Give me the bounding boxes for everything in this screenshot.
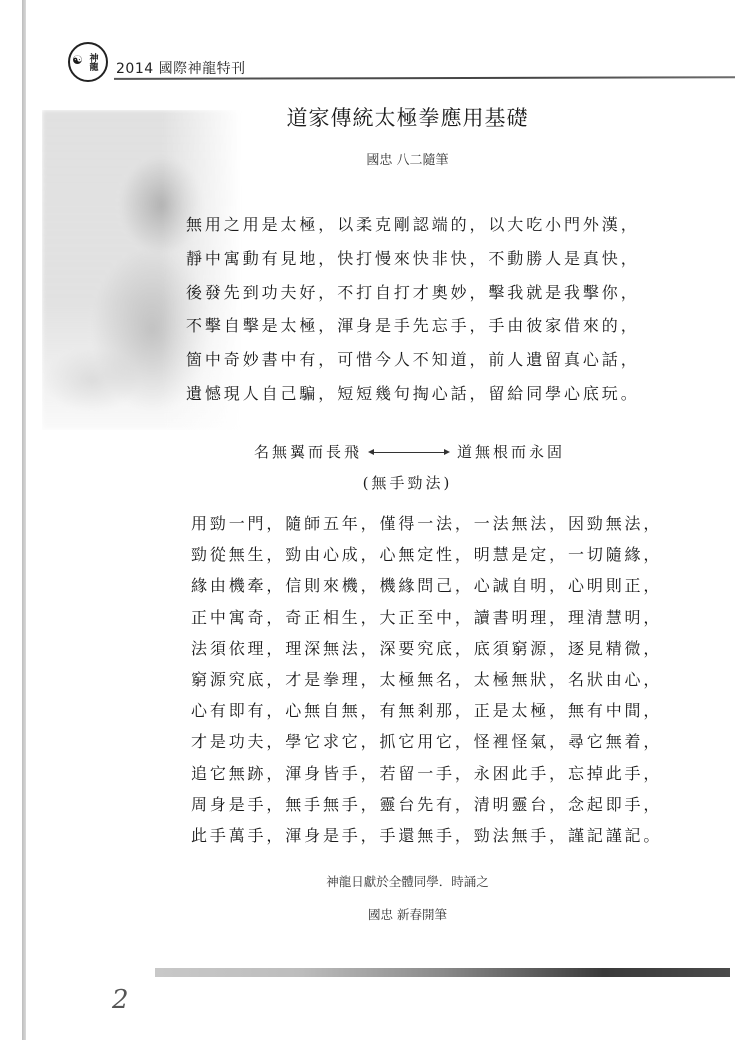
poem-line: 周身是手，無手無手，靈台先有，清明靈台，念起即手，	[191, 789, 721, 820]
poem-line: 正中寓奇，奇正相生，大正至中，讀書明理，理清慧明，	[191, 602, 721, 633]
poem-line: 追它無跡，渾身皆手，若留一手，永困此手，忘掉此手，	[191, 758, 721, 789]
motto-left: 名無翼而長飛	[254, 441, 362, 462]
poem-line: 靜中寓動有見地，快打慢來快非快，不動勝人是真快，	[186, 242, 706, 276]
poem-line: 箇中奇妙書中有，可惜今人不知道，前人遺留真心話，	[186, 343, 706, 377]
poem-line: 窮源究底，才是拳理，太極無名，太極無狀，名狀由心，	[191, 664, 721, 695]
poem-verse-1: 無用之用是太極，以柔克剛認端的，以大吃小門外漢， 靜中寓動有見地，快打慢來快非快…	[186, 208, 706, 411]
poem-line: 後發先到功夫好，不打自打才奧妙，擊我就是我擊你，	[186, 276, 706, 310]
article-title: 道家傳統太極拳應用基礎	[0, 102, 735, 132]
poem-line: 緣由機牽，信則來機，機緣問己，心誠自明，心明則正，	[191, 570, 721, 601]
shenlong-logo-icon: ☯ 神龍	[68, 42, 108, 82]
motto-right: 道無根而永固	[457, 441, 565, 462]
poem-line: 用勁一門，隨師五年，僅得一法，一法無法，因勁無法，	[191, 508, 721, 539]
poem-line: 此手萬手，渾身是手，手還無手，勁法無手，謹記謹記。	[191, 820, 721, 851]
poem-line: 不擊自擊是太極，渾身是手先忘手，手由彼家借來的，	[186, 309, 706, 343]
poem-line: 心有即有，心無自無，有無剎那，正是太極，無有中間，	[191, 695, 721, 726]
poem-line: 才是功夫，學它求它，抓它用它，怪裡怪氣，尋它無着，	[191, 726, 721, 757]
yin-yang-icon: ☯	[72, 56, 83, 65]
dedication-line: 神龍日獻於全體同學．時誦之	[0, 872, 735, 890]
header-divider	[114, 76, 735, 80]
left-right-arrow-icon	[370, 452, 448, 453]
footer-gradient-bar	[155, 968, 730, 977]
poem-line: 遺憾現人自己騙，短短幾句掏心話，留給同學心底玩。	[186, 377, 706, 411]
poem-line: 法須依理，理深無法，深要究底，底須窮源，逐見精微，	[191, 633, 721, 664]
publication-title: 2014 國際神龍特刊	[116, 58, 246, 78]
article-byline: 國忠 八二隨筆	[0, 149, 735, 168]
page-number: 2	[112, 985, 129, 1015]
poem-verse-2: 用勁一門，隨師五年，僅得一法，一法無法，因勁無法， 勁從無生，勁由心成，心無定性…	[191, 508, 721, 851]
poem-line: 無用之用是太極，以柔克剛認端的，以大吃小門外漢，	[186, 208, 706, 242]
motto-line: 名無翼而長飛 道無根而永固	[254, 441, 694, 465]
page-header: ☯ 神龍 2014 國際神龍特刊	[68, 42, 728, 82]
section-subtitle: (無手勁法)	[0, 472, 735, 493]
signature-line: 國忠 新春開筆	[0, 905, 735, 923]
logo-text: 神龍	[88, 53, 97, 71]
poem-line: 勁從無生，勁由心成，心無定性，明慧是定，一切隨緣，	[191, 539, 721, 570]
